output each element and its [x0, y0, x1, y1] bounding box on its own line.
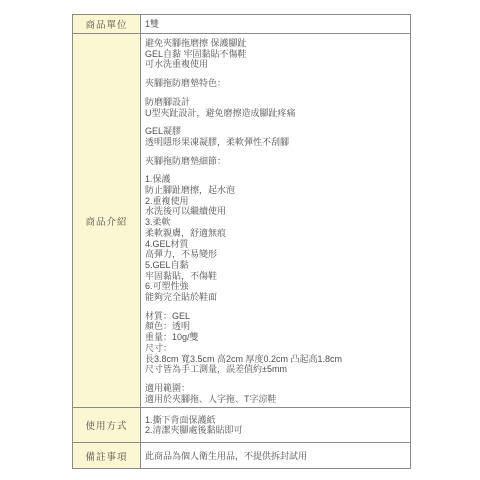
row-header-description: 商品介紹: [73, 34, 141, 408]
text-line: 6.可塑性強: [145, 281, 406, 292]
paragraph: 材質：GEL顏色：透明重量：10g/雙尺寸：長3.8cm 寬3.5cm 高2cm…: [145, 311, 406, 375]
text-line: GEL凝膠: [145, 126, 406, 137]
text-line: 能夠完全貼於鞋面: [145, 292, 406, 303]
text-line: 1.撕下背面保護紙: [145, 415, 406, 426]
text-line: 夾腳拖防磨墊細節：: [145, 156, 406, 167]
text-line: 4.GEL材質: [145, 239, 406, 250]
row-content-unit: 1雙: [141, 15, 411, 34]
text-line: GEL自黏 牢固黏貼不傷鞋: [145, 49, 406, 60]
text-line: 顏色：透明: [145, 321, 406, 332]
paragraph: 夾腳拖防磨墊細節：: [145, 156, 406, 167]
paragraph: 夾腳拖防磨墊特色：: [145, 78, 406, 89]
text-line: 適用範圍：: [145, 383, 406, 394]
paragraph: 適用範圍：適用於夾腳拖、人字拖、T字涼鞋: [145, 383, 406, 404]
text-line: 柔軟親膚，舒適無痕: [145, 228, 406, 239]
row-header-unit: 商品單位: [73, 15, 141, 34]
text-line: 透明隱形果凍凝膠，柔軟彈性不刮腳: [145, 137, 406, 148]
text-line: 避免夾腳拖磨擦 保護腳趾: [145, 38, 406, 49]
text-line: 重量：10g/雙: [145, 332, 406, 343]
row-header-notes: 備註事項: [73, 443, 141, 469]
text-line: 尺寸：: [145, 343, 406, 354]
text-line: 材質：GEL: [145, 311, 406, 322]
paragraph: 防磨腳設計U型夾趾設計，避免磨擦造成腳趾疼痛: [145, 97, 406, 118]
table-row-description: 商品介紹 避免夾腳拖磨擦 保護腳趾GEL自黏 牢固黏貼不傷鞋可水洗重複使用夾腳拖…: [73, 34, 411, 408]
text-line: 3.柔軟: [145, 217, 406, 228]
text-line: 尺寸皆為手工測量，誤差值約±5mm: [145, 364, 406, 375]
text-line: 高彈力，不易變形: [145, 249, 406, 260]
text-line: 5.GEL自黏: [145, 260, 406, 271]
text-line: 適用於夾腳拖、人字拖、T字涼鞋: [145, 394, 406, 405]
table-row-unit: 商品單位 1雙: [73, 15, 411, 34]
table-row-usage: 使用方式 1.撕下背面保護紙2.清潔夾腳處後黏貼即可: [73, 408, 411, 443]
text-line: 1雙: [145, 19, 406, 30]
row-content-usage: 1.撕下背面保護紙2.清潔夾腳處後黏貼即可: [141, 408, 411, 443]
text-line: 2.清潔夾腳處後黏貼即可: [145, 425, 406, 436]
text-line: 防止腳趾磨擦，起水泡: [145, 185, 406, 196]
text-line: 可水洗重複使用: [145, 59, 406, 70]
paragraph: 1.撕下背面保護紙2.清潔夾腳處後黏貼即可: [145, 415, 406, 436]
text-line: 1.保護: [145, 174, 406, 185]
text-line: 2.重複使用: [145, 196, 406, 207]
table-row-notes: 備註事項 此商品為個人衛生用品，不提供拆封試用: [73, 443, 411, 469]
paragraph: 1雙: [145, 19, 406, 30]
paragraph: GEL凝膠透明隱形果凍凝膠，柔軟彈性不刮腳: [145, 126, 406, 147]
row-content-description: 避免夾腳拖磨擦 保護腳趾GEL自黏 牢固黏貼不傷鞋可水洗重複使用夾腳拖防磨墊特色…: [141, 34, 411, 408]
text-line: 牢固黏貼，不傷鞋: [145, 271, 406, 282]
paragraph: 避免夾腳拖磨擦 保護腳趾GEL自黏 牢固黏貼不傷鞋可水洗重複使用: [145, 38, 406, 70]
text-line: 防磨腳設計: [145, 97, 406, 108]
text-line: 長3.8cm 寬3.5cm 高2cm 厚度0.2cm 凸起高1.8cm: [145, 354, 406, 365]
text-line: 水洗後可以繼續使用: [145, 206, 406, 217]
text-line: 夾腳拖防磨墊特色：: [145, 78, 406, 89]
product-info-table: 商品單位 1雙 商品介紹 避免夾腳拖磨擦 保護腳趾GEL自黏 牢固黏貼不傷鞋可水…: [72, 14, 411, 469]
row-header-usage: 使用方式: [73, 408, 141, 443]
text-line: U型夾趾設計，避免磨擦造成腳趾疼痛: [145, 108, 406, 119]
text-line: 此商品為個人衛生用品，不提供拆封試用: [145, 451, 406, 462]
paragraph: 1.保護防止腳趾磨擦，起水泡2.重複使用水洗後可以繼續使用3.柔軟柔軟親膚，舒適…: [145, 174, 406, 302]
paragraph: 此商品為個人衛生用品，不提供拆封試用: [145, 451, 406, 462]
row-content-notes: 此商品為個人衛生用品，不提供拆封試用: [141, 443, 411, 469]
